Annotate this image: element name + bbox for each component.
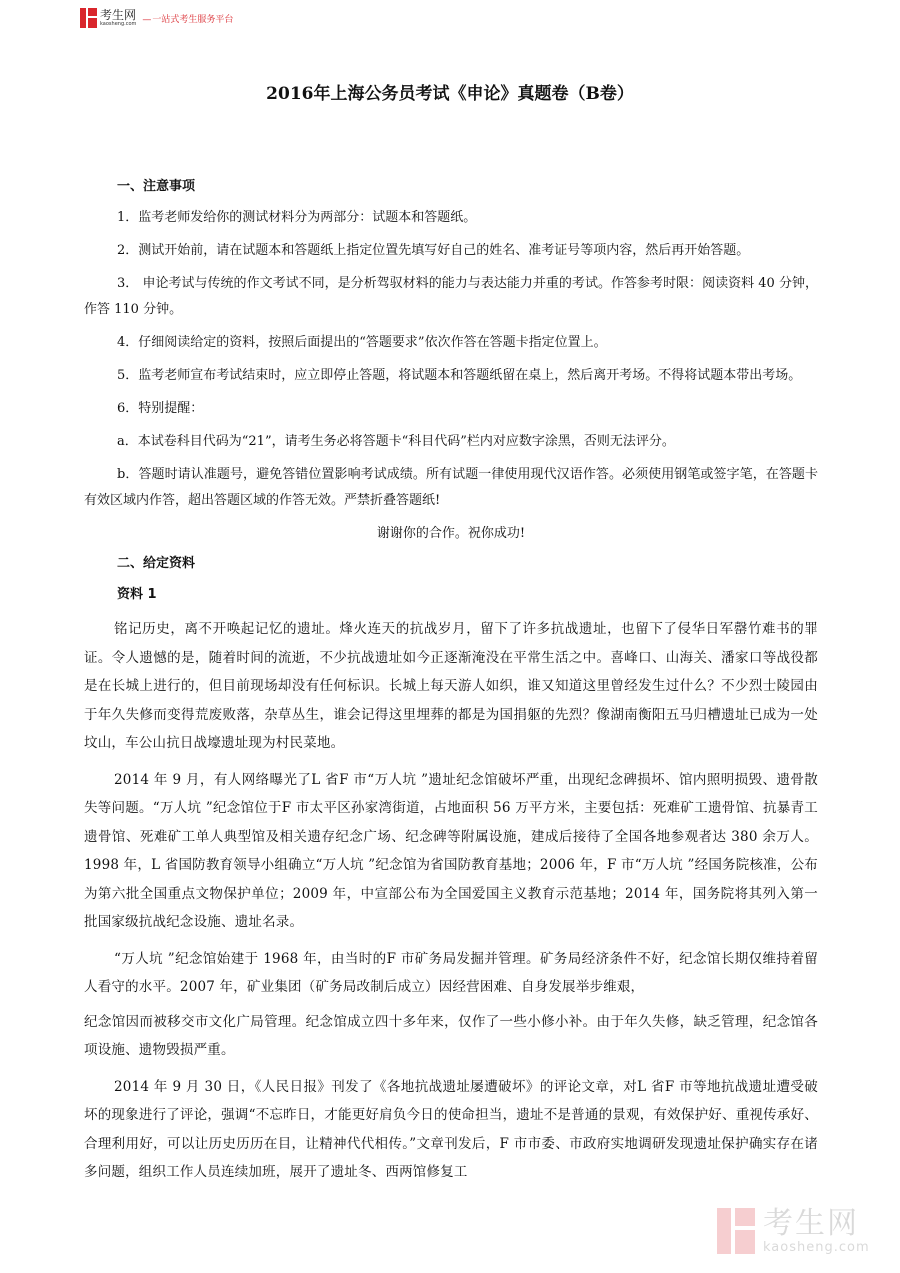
note-item: a．本试卷科目代码为“21”，请考生务必将答题卡“科目代码”栏内对应数字涂黑，否… xyxy=(84,429,818,455)
note-item: 4．仔细阅读给定的资料，按照后面提出的“答题要求”依次作答在答题卡指定位置上。 xyxy=(84,330,818,356)
material-paragraph: 纪念馆因而被移交市文化广局管理。纪念馆成立四十多年来，仅作了一些小修小补。由于年… xyxy=(84,1008,818,1065)
note-item: 5．监考老师宣布考试结束时，应立即停止答题，将试题本和答题纸留在桌上，然后离开考… xyxy=(84,363,818,389)
watermark-cn: 考生网 xyxy=(763,1209,870,1239)
watermark-en: kaosheng.com xyxy=(763,1241,870,1254)
watermark-logo-icon xyxy=(717,1208,755,1254)
logo-cn: 考生网 xyxy=(100,9,136,21)
section-heading-notes: 一、注意事项 xyxy=(117,175,818,201)
material-paragraph: 2014 年 9 月 30 日，《人民日报》刊发了《各地抗战遗址屡遭破坏》的评论… xyxy=(84,1073,818,1187)
note-item: b．答题时请认准题号，避免答错位置影响考试成绩。所有试题一律使用现代汉语作答。必… xyxy=(84,462,818,514)
watermark: 考生网 kaosheng.com xyxy=(717,1208,870,1254)
document-body: 一、注意事项 1．监考老师发给你的测试材料分为两部分：试题本和答题纸。 2．测试… xyxy=(84,175,818,1187)
section-heading-materials: 二、给定资料 xyxy=(117,551,818,577)
material-label: 资料 1 xyxy=(117,582,818,608)
note-item: 2．测试开始前，请在试题本和答题纸上指定位置先填写好自己的姓名、准考证号等项内容… xyxy=(84,238,818,264)
note-item: 1．监考老师发给你的测试材料分为两部分：试题本和答题纸。 xyxy=(84,205,818,231)
note-item: 3． 申论考试与传统的作文考试不同，是分析驾驭材料的能力与表达能力并重的考试。作… xyxy=(84,271,818,323)
material-paragraph: 2014 年 9 月，有人网络曝光了L 省F 市“万人坑 ”遗址纪念馆破坏严重，… xyxy=(84,766,818,937)
material-paragraph: “万人坑 ”纪念馆始建于 1968 年，由当时的F 市矿务局发掘并管理。矿务局经… xyxy=(84,945,818,1002)
note-item: 6．特别提醒： xyxy=(84,396,818,422)
material-paragraph: 铭记历史，离不开唤起记忆的遗址。烽火连天的抗战岁月，留下了许多抗战遗址，也留下了… xyxy=(84,615,818,758)
logo-en: kaosheng.com xyxy=(100,22,136,27)
slogan: 一站式考生服务平台 xyxy=(142,12,233,25)
kaosheng-logo-icon xyxy=(80,8,97,28)
closing-note: 谢谢你的合作。祝你成功! xyxy=(84,521,818,547)
logo-text: 考生网 kaosheng.com xyxy=(100,9,136,27)
watermark-text: 考生网 kaosheng.com xyxy=(763,1209,870,1254)
site-header: 考生网 kaosheng.com 一站式考生服务平台 xyxy=(80,6,233,30)
document-title: 2016年上海公务员考试《申论》真题卷（B卷） xyxy=(0,79,900,104)
